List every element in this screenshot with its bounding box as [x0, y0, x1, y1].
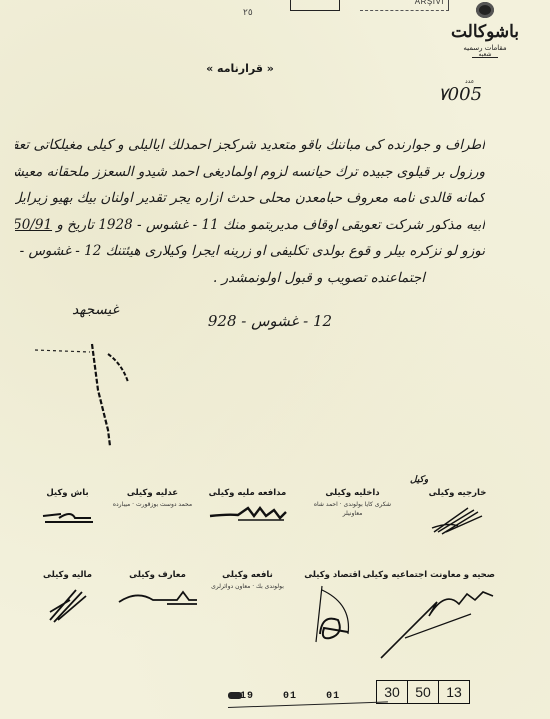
- body-line: اجتماعنده تصويب و قبول اولونمشدر .: [15, 265, 485, 292]
- signature-scribble-icon: [285, 584, 380, 618]
- archive-stamp: ARŞİVİ: [290, 0, 448, 12]
- signature-name: محمد دوست بوزقورت · ميبارده: [105, 500, 200, 509]
- signature-scribble-icon: [410, 502, 505, 536]
- decree-date: 12 - غشوس - 928: [200, 312, 340, 330]
- signature-title: خارجيه وكيلى: [410, 488, 505, 498]
- signature-row-2: صحيه و معاونت اجتماعيه وكيلى اقتصاد وكيل…: [40, 570, 520, 650]
- signature-row-1: خارجيه وكيلى داخليه وكيلى شكرى كايا بولو…: [40, 488, 520, 568]
- signature-title: اقتصاد وكيلى: [285, 570, 380, 580]
- body-line: اطراف و جوارنده كى مباننك باقو متعديد شر…: [15, 132, 485, 159]
- signature-title: صحيه و معاونت اجتماعيه وكيلى: [375, 570, 495, 580]
- stamp-cells: 30 50 13: [376, 680, 470, 704]
- stamp-baseline: [228, 701, 388, 708]
- stamp-digit: 01: [326, 691, 340, 702]
- body-line: ابيه مذكور شركت تعويقى اوقاف مديريتمو من…: [15, 212, 485, 239]
- signature-title: معارف وكيلى: [110, 570, 205, 580]
- signature-justice: عدليه وكيلى محمد دوست بوزقورت · ميبارده: [105, 488, 200, 509]
- signature-scribble-icon: [20, 584, 115, 618]
- archive-reference-stamp: 19 01 01 30 50 13: [228, 680, 478, 716]
- signature-prime-minister: باش وكيل: [20, 488, 115, 536]
- letterhead-rule-label: شعبه: [430, 51, 540, 58]
- body-line: نوزو لو نزكره بيلر و قوع بولدى تكليفى او…: [15, 238, 485, 265]
- tughra-emblem-icon: [476, 2, 494, 18]
- signature-scribble-icon: [200, 502, 295, 536]
- president-signature: غيسجهد: [72, 302, 119, 318]
- signature-title: باش وكيل: [20, 488, 115, 498]
- signature-scribble-icon: [110, 584, 205, 618]
- stamp-cell: 13: [439, 681, 469, 703]
- body-line: كمانه قالدى نامه معروف حبامعدن محلى حدث …: [15, 185, 485, 212]
- folio-number: ٢٥: [243, 8, 253, 18]
- stamp-cell: 50: [408, 681, 439, 703]
- signature-title: داخليه وكيلى: [305, 488, 400, 498]
- signature-title: عدليه وكيلى: [105, 488, 200, 498]
- document-title: « قرارنامه »: [205, 62, 275, 75]
- signature-economy: اقتصاد وكيلى: [285, 570, 380, 618]
- stamp-digits: 19 01 01: [240, 691, 362, 702]
- stamp-digit: 19: [240, 691, 254, 702]
- signature-national-defense: مدافعه مليه وكيلى: [200, 488, 295, 536]
- archive-stamp-box: [290, 0, 340, 11]
- signature-scribble-icon: [375, 584, 495, 618]
- signature-public-works: نافعه وكيلى بولوندى بك · معاون دوائرلرى: [200, 570, 295, 591]
- letterhead-title: باشوكالت: [430, 22, 540, 42]
- signature-name: بولوندى بك · معاون دوائرلرى: [200, 582, 295, 591]
- decree-body: اطراف و جوارنده كى مباننك باقو متعديد شر…: [15, 132, 485, 291]
- signature-title: ماليه وكيلى: [20, 570, 115, 580]
- underlined-reference: 53250/91: [15, 217, 52, 233]
- stamp-digit: 01: [283, 691, 297, 702]
- signature-title: مدافعه مليه وكيلى: [200, 488, 295, 498]
- signature-row-header: وكيل: [410, 475, 428, 485]
- signature-finance: ماليه وكيلى: [20, 570, 115, 618]
- decree-number: ٧005: [438, 84, 482, 105]
- president-signature-stroke: [30, 330, 150, 450]
- signature-health: صحيه و معاونت اجتماعيه وكيلى: [375, 570, 495, 618]
- letterhead: باشوكالت مقامات رسميه شعبه: [430, 2, 540, 58]
- signature-education: معارف وكيلى: [110, 570, 205, 618]
- stamp-cell: 30: [377, 681, 408, 703]
- signature-name: شكرى كايا بولوندى · احمد شاه معاونيلر: [305, 500, 400, 518]
- signature-title: نافعه وكيلى: [200, 570, 295, 580]
- body-line: ورزول بر قيلوى جبيده ترك حيانسه لزوم اول…: [15, 159, 485, 186]
- signature-scribble-icon: [20, 502, 115, 536]
- signature-foreign-affairs: خارجيه وكيلى: [410, 488, 505, 536]
- signature-interior: داخليه وكيلى شكرى كايا بولوندى · احمد شا…: [305, 488, 400, 518]
